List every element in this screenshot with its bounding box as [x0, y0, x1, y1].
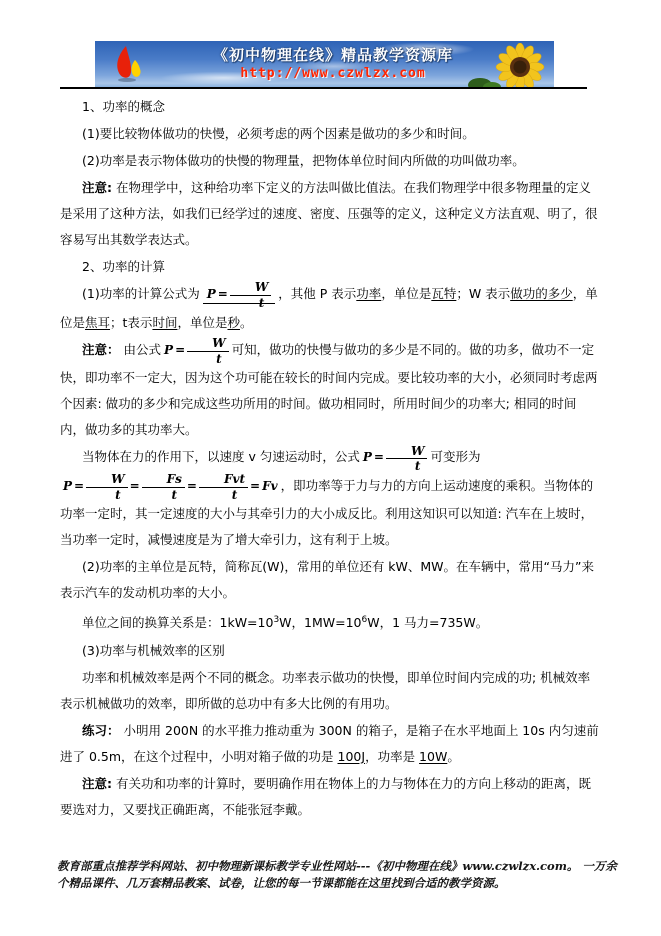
- formula-var-fs: Fs: [142, 473, 185, 488]
- section2-heading: 2、功率的计算: [60, 254, 601, 280]
- text-segment: ；t表示: [110, 315, 152, 330]
- equals-sign: =: [218, 287, 228, 301]
- text-segment: W，1 马力=735W。: [367, 616, 488, 631]
- text-segment: 当物体在力的作用下，以速度 v 匀速运动时，公式: [82, 449, 360, 464]
- formula-var-w: W: [86, 473, 127, 488]
- formula-var-p: P: [164, 343, 173, 357]
- formula-var-fv: Fv: [262, 479, 278, 493]
- footer-promo-text: 教育部重点推荐学科网站、初中物理新课标教学专业性网站---《初中物理在线》www…: [57, 858, 617, 892]
- note-text: 有关功和功率的计算时，要明确作用在物体上的力与物体在力的方向上移动的距离，既要选…: [60, 776, 591, 817]
- formula-var-t: t: [230, 296, 271, 310]
- formula-var-p: P: [63, 479, 72, 493]
- underlined-answer-power: 10W: [419, 749, 447, 764]
- document-page: 《初中物理在线》精品教学资源库 http://www.czwlzx.com: [0, 0, 661, 936]
- equals-sign: =: [250, 479, 260, 493]
- paragraph-velocity-form: 当物体在力的作用下，以速度 v 匀速运动时，公式P=Wt可变形为P=Wt=Fst…: [60, 444, 601, 553]
- section3-heading: (3)功率与机械效率的区别: [60, 638, 601, 664]
- paragraph-compare-factors: (1)要比较物体做功的快慢，必须考虑的两个因素是做功的多少和时间。: [60, 121, 601, 147]
- underlined-term-second: 秒: [227, 315, 240, 330]
- fraction-w-over-t: Wt: [86, 473, 127, 501]
- site-banner: 《初中物理在线》精品教学资源库 http://www.czwlzx.com: [95, 41, 554, 87]
- formula-var-p: P: [363, 450, 372, 464]
- formula-var-t: t: [187, 352, 228, 366]
- formula-var-t: t: [142, 488, 185, 502]
- note-text: 在物理学中，这种给功率下定义的方法叫做比值法。在我们物理学中很多物理量的定义是采…: [60, 180, 598, 247]
- underlined-term-time: 时间: [152, 315, 177, 330]
- text-segment: 。: [240, 315, 253, 330]
- text-segment: ，单位是: [381, 286, 431, 301]
- paragraph-power-definition: (2)功率是表示物体做功的快慢的物理量，把物体单位时间内所做的功叫做功率。: [60, 148, 601, 174]
- text-segment: W，1MW=10: [279, 616, 361, 631]
- text-segment: ，其他 P 表示: [278, 286, 356, 301]
- exercise-paragraph: 练习：小明用 200N 的水平推力推动重为 300N 的箱子，是箱子在水平地面上…: [60, 718, 601, 770]
- czwlzx-logo-icon: [111, 45, 145, 83]
- equals-sign: =: [374, 450, 384, 464]
- note-label: 注意：: [82, 342, 120, 357]
- equals-sign: =: [187, 479, 197, 493]
- text-segment: (1)功率的计算公式为: [82, 286, 200, 301]
- formula-p-equals-w-over-t: P=Wt: [363, 450, 428, 464]
- fraction-w-over-t: Wt: [386, 445, 427, 473]
- text-segment: ，单位是: [177, 315, 227, 330]
- formula-var-w: W: [386, 445, 427, 460]
- formula-var-t: t: [386, 459, 427, 473]
- note-paragraph-force-distance: 注意:有关功和功率的计算时，要明确作用在物体上的力与物体在力的方向上移动的距离，…: [60, 771, 601, 823]
- underlined-answer-work: 100J: [338, 749, 366, 764]
- underlined-term-power: 功率: [356, 286, 381, 301]
- banner-text-block: 《初中物理在线》精品教学资源库 http://www.czwlzx.com: [183, 45, 483, 82]
- formula-p-equals-w-over-t: P=Wt: [164, 343, 229, 357]
- formula-var-t: t: [199, 488, 248, 502]
- sunflower-icon: [462, 43, 554, 87]
- text-segment: ，功率是: [365, 749, 419, 764]
- formula-p-equals-w-over-t: P=Wt: [203, 287, 276, 304]
- formula-var-w: W: [230, 281, 271, 296]
- banner-site-title: 《初中物理在线》精品教学资源库: [183, 45, 483, 65]
- equals-sign: =: [130, 479, 140, 493]
- formula-var-t: t: [86, 488, 127, 502]
- formula-var-w: W: [187, 337, 228, 352]
- section1-heading: 1、功率的概念: [60, 94, 601, 120]
- fraction-fs-over-t: Fst: [142, 473, 185, 501]
- note-label: 注意:: [82, 776, 112, 791]
- text-segment: 可变形为: [430, 449, 480, 464]
- formula-var-p: P: [207, 287, 216, 301]
- text-segment: 。: [447, 749, 460, 764]
- note-paragraph-ratio-method: 注意:在物理学中，这种给功率下定义的方法叫做比值法。在我们物理学中很多物理量的定…: [60, 175, 601, 253]
- fraction-w-over-t: Wt: [230, 281, 271, 309]
- paragraph-power-formula: (1)功率的计算公式为P=Wt，其他 P 表示功率，单位是瓦特；W 表示做功的多…: [60, 281, 601, 336]
- fraction-fvt-over-t: Fvtt: [199, 473, 248, 501]
- formula-chain-p-fv: P=Wt=Fst=Fvtt=Fv: [63, 479, 278, 493]
- document-body: 1、功率的概念 (1)要比较物体做功的快慢，必须考虑的两个因素是做功的多少和时间…: [60, 94, 601, 824]
- equals-sign: =: [74, 479, 84, 493]
- paragraph-power-vs-efficiency: 功率和机械效率是两个不同的概念。功率表示做功的快慢，即单位时间内完成的功; 机械…: [60, 665, 601, 717]
- note-label: 注意:: [82, 180, 112, 195]
- banner-site-url: http://www.czwlzx.com: [183, 65, 483, 82]
- underlined-term-watt: 瓦特: [431, 286, 456, 301]
- text-segment: 小明用 200N 的水平推力推动重为 300N 的箱子，是箱子在水平地面上 10…: [60, 723, 599, 764]
- exercise-label: 练习：: [82, 723, 120, 738]
- underlined-term-joule: 焦耳: [85, 315, 110, 330]
- text-segment: 由公式: [124, 342, 162, 357]
- paragraph-unit-conversion: 单位之间的换算关系是：1kW=103W，1MW=106W，1 马力=735W。: [60, 607, 601, 636]
- note-paragraph-speed-vs-amount: 注意：由公式P=Wt可知，做功的快慢与做功的多少是不同的。做的功多，做功不一定快…: [60, 337, 601, 444]
- formula-var-fvt: Fvt: [199, 473, 248, 488]
- text-segment: 单位之间的换算关系是：1kW=10: [82, 616, 273, 631]
- text-segment: ；W 表示: [456, 286, 510, 301]
- header-divider: [60, 87, 587, 89]
- equals-sign: =: [175, 343, 185, 357]
- underlined-term-work: 做功的多少: [510, 286, 573, 301]
- paragraph-power-units: (2)功率的主单位是瓦特，简称瓦(W)，常用的单位还有 kW、MW。在车辆中，常…: [60, 554, 601, 606]
- fraction-w-over-t: Wt: [187, 337, 228, 365]
